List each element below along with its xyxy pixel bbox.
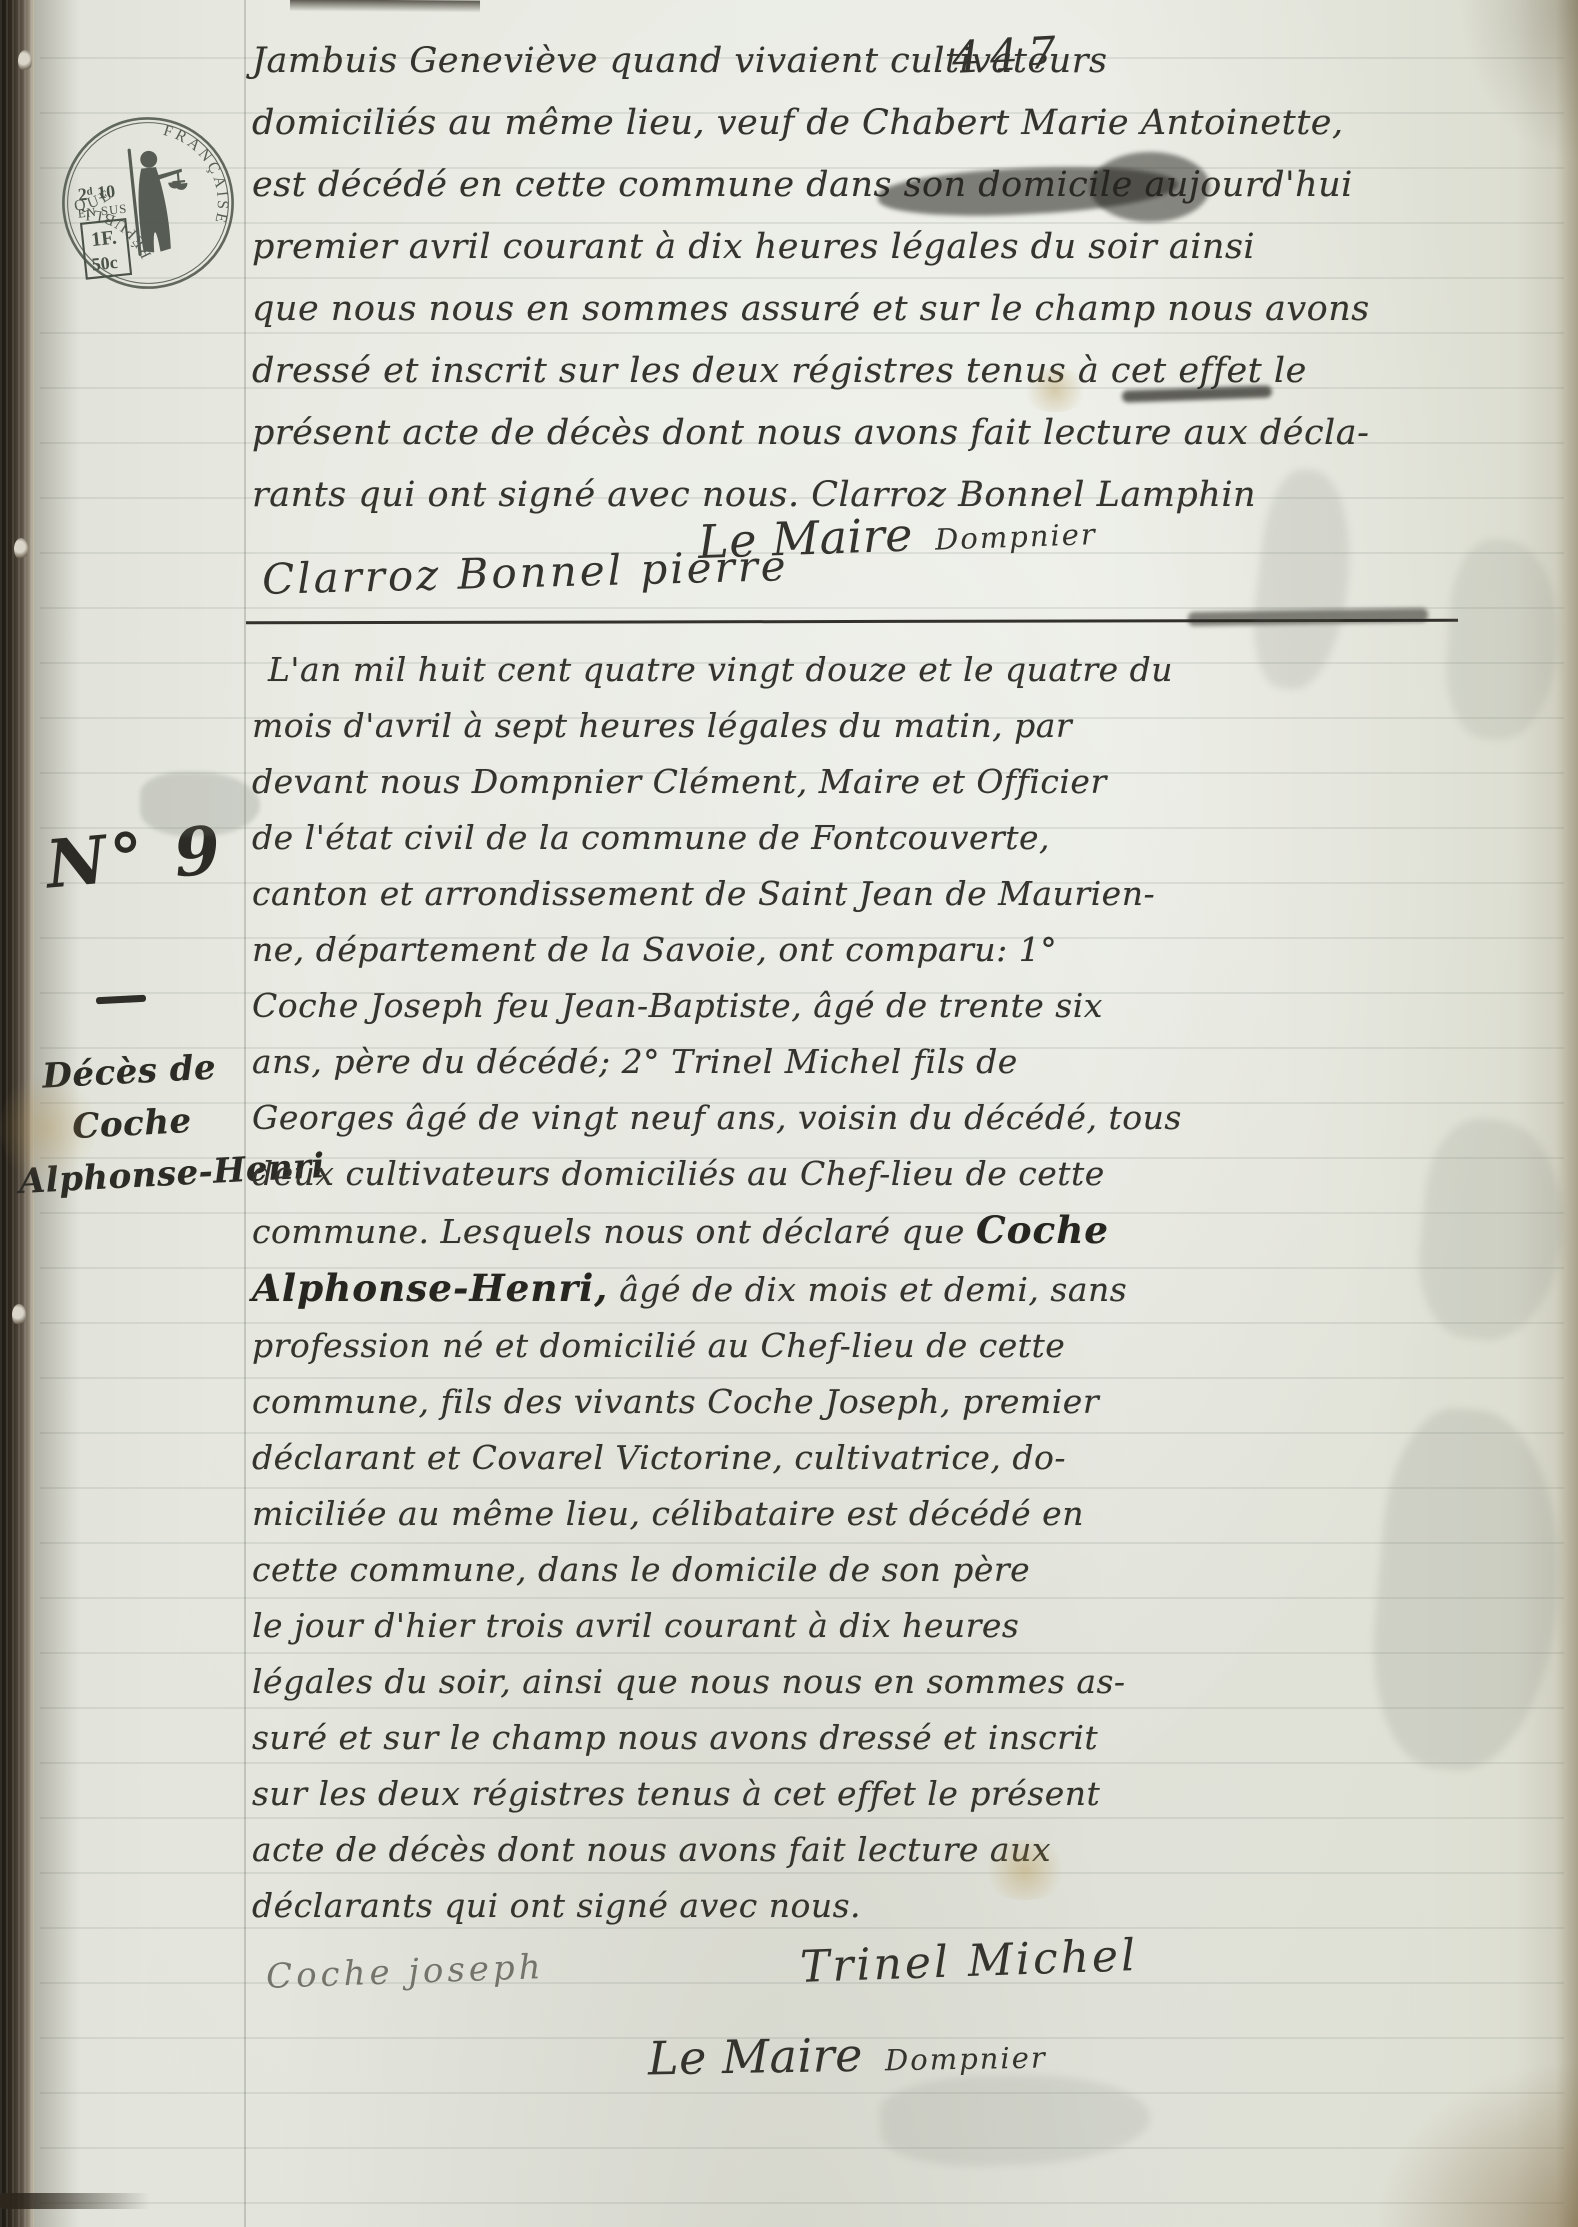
handwritten-text: cette commune, dans le domicile de son p…	[252, 1550, 1030, 1589]
death-act-line: devant nous Dompnier Clément, Maire et O…	[252, 754, 1562, 810]
stamp-value-centimes: 50c	[91, 252, 119, 275]
death-act-line: Alphonse-Henri, âgé de dix mois et demi,…	[252, 1260, 1562, 1318]
page-bottom-edge-mark	[0, 2193, 150, 2209]
previous-act-text: Jambuis Geneviève quand vivaient cultiva…	[252, 30, 1562, 526]
handwritten-text: déclarant et Covarel Victorine, cultivat…	[252, 1438, 1066, 1477]
handwritten-text: rants qui ont signé avec nous. Clarroz B…	[252, 475, 1256, 515]
death-act-line: déclarants qui ont signé avec nous.	[252, 1878, 1562, 1934]
witness-signatures-top: Clarroz Bonnel pierre	[261, 541, 789, 604]
death-act-line: ans, père du décédé; 2° Trinel Michel fi…	[252, 1034, 1562, 1090]
handwritten-text: dressé et inscrit sur les deux régistres…	[252, 351, 1307, 391]
binding-stitch	[14, 538, 28, 560]
death-act-line: profession né et domicilié au Chef-lieu …	[252, 1318, 1562, 1374]
death-act-line: légales du soir, ainsi que nous nous en …	[252, 1654, 1562, 1710]
handwritten-text: le jour d'hier trois avril courant à dix…	[252, 1606, 1019, 1645]
previous-act-line: domiciliés au même lieu, veuf de Chabert…	[252, 92, 1562, 154]
death-act-line: ne, département de la Savoie, ont compar…	[252, 922, 1562, 978]
margin-separator-dash	[96, 995, 146, 1005]
death-act-line: L'an mil huit cent quatre vingt douze et…	[252, 642, 1562, 698]
mayor-name: Dompnier	[934, 517, 1097, 557]
handwritten-text: L'an mil huit cent quatre vingt douze et…	[268, 650, 1173, 689]
stamp-value-francs: 1F.	[90, 227, 118, 252]
handwritten-text: sur les deux régistres tenus à cet effet…	[252, 1774, 1100, 1813]
handwritten-text: que nous nous en sommes assuré et sur le…	[252, 289, 1370, 329]
handwritten-text: de l'état civil de la commune de Fontcou…	[252, 818, 1050, 857]
death-act-line: Georges âgé de vingt neuf ans, voisin du…	[252, 1090, 1562, 1146]
handwritten-text: canton et arrondissement de Saint Jean d…	[252, 874, 1155, 913]
binding-stitch	[12, 1304, 26, 1326]
previous-act-line: Jambuis Geneviève quand vivaient cultiva…	[252, 30, 1562, 92]
handwritten-text: Coche Joseph feu Jean-Baptiste, âgé de t…	[252, 986, 1103, 1025]
handwritten-text: premier avril courant à dix heures légal…	[252, 227, 1255, 267]
justice-figure-icon	[127, 143, 194, 256]
handwritten-text: déclarants qui ont signé avec nous.	[252, 1886, 861, 1925]
handwritten-text: présent acte de décès dont nous avons fa…	[252, 413, 1369, 453]
previous-act-line: premier avril courant à dix heures légal…	[252, 216, 1562, 278]
handwritten-text: âgé de dix mois et demi, sans	[608, 1270, 1127, 1309]
handwritten-text: commune. Lesquels nous ont déclaré que	[252, 1212, 976, 1251]
republique-francaise-stamp: RÉPUBLIQUE FRANÇAISE 2ᵈ 10 EN SUS 1F.	[47, 99, 250, 307]
page-top-edge-mark	[290, 0, 480, 13]
handwritten-text: mois d'avril à sept heures légales du ma…	[252, 706, 1072, 745]
stamp-surcharge-top: 2ᵈ 10	[77, 181, 116, 205]
stamp-seal-graphic: RÉPUBLIQUE FRANÇAISE 2ᵈ 10 EN SUS 1F.	[47, 99, 250, 307]
handwritten-text: légales du soir, ainsi que nous nous en …	[252, 1662, 1126, 1701]
death-act-line: suré et sur le champ nous avons dressé e…	[252, 1710, 1562, 1766]
handwritten-text: ne, département de la Savoie, ont compar…	[252, 930, 1057, 969]
death-act-line: canton et arrondissement de Saint Jean d…	[252, 866, 1562, 922]
handwritten-text: commune, fils des vivants Coche Joseph, …	[252, 1382, 1099, 1421]
ink-blot	[1090, 152, 1210, 222]
page-corner-curl	[1358, 2047, 1578, 2227]
mayor-title: Le Maire	[648, 2028, 864, 2086]
death-act-line: commune. Lesquels nous ont déclaré que C…	[252, 1202, 1562, 1260]
death-act-text: L'an mil huit cent quatre vingt douze et…	[252, 642, 1562, 1934]
previous-act-line: que nous nous en sommes assuré et sur le…	[252, 278, 1562, 340]
handwritten-text: domiciliés au même lieu, veuf de Chabert…	[252, 103, 1344, 143]
handwritten-text: Jambuis Geneviève quand vivaient cultiva…	[252, 41, 1107, 81]
handwritten-text: miciliée au même lieu, célibataire est d…	[252, 1494, 1084, 1533]
death-act-line: Coche Joseph feu Jean-Baptiste, âgé de t…	[252, 978, 1562, 1034]
death-act-line: cette commune, dans le domicile de son p…	[252, 1542, 1562, 1598]
death-act-line: le jour d'hier trois avril courant à dix…	[252, 1598, 1562, 1654]
bleed-through-mark	[879, 2070, 1152, 2169]
register-page-scan: RÉPUBLIQUE FRANÇAISE 2ᵈ 10 EN SUS 1F.	[0, 0, 1578, 2227]
declarant-signature-trinel: Trinel Michel	[799, 1930, 1139, 1993]
death-act-line: commune, fils des vivants Coche Joseph, …	[252, 1374, 1562, 1430]
handwritten-text: ans, père du décédé; 2° Trinel Michel fi…	[252, 1042, 1018, 1081]
paper-stain	[980, 1840, 1070, 1900]
death-act-line: acte de décès dont nous avons fait lectu…	[252, 1822, 1562, 1878]
death-act-line: sur les deux régistres tenus à cet effet…	[252, 1766, 1562, 1822]
paper-stain	[0, 1068, 95, 1188]
declarant-signature-coche: Coche joseph	[265, 1947, 545, 1997]
handwritten-text: Georges âgé de vingt neuf ans, voisin du…	[252, 1098, 1182, 1137]
emphasized-name: Coche	[976, 1208, 1109, 1252]
death-act-line: deux cultivateurs domiciliés au Chef-lie…	[252, 1146, 1562, 1202]
handwritten-text: profession né et domicilié au Chef-lieu …	[252, 1326, 1065, 1365]
handwritten-text: deux cultivateurs domiciliés au Chef-lie…	[252, 1154, 1105, 1193]
previous-act-line: présent acte de décès dont nous avons fa…	[252, 402, 1562, 464]
emphasized-name: Alphonse-Henri,	[252, 1266, 608, 1310]
death-act-line: miciliée au même lieu, célibataire est d…	[252, 1486, 1562, 1542]
handwritten-text: suré et sur le champ nous avons dressé e…	[252, 1718, 1098, 1757]
handwritten-text: acte de décès dont nous avons fait lectu…	[252, 1830, 1051, 1869]
bleed-through-mark	[140, 772, 260, 836]
paper-stain	[1020, 368, 1090, 412]
death-act-line: mois d'avril à sept heures légales du ma…	[252, 698, 1562, 754]
death-act-line: de l'état civil de la commune de Fontcou…	[252, 810, 1562, 866]
death-act-line: déclarant et Covarel Victorine, cultivat…	[252, 1430, 1562, 1486]
previous-act-line: dressé et inscrit sur les deux régistres…	[252, 340, 1562, 402]
mayor-name: Dompnier	[885, 2041, 1047, 2078]
handwritten-text: devant nous Dompnier Clément, Maire et O…	[252, 762, 1107, 801]
binding-stitch	[18, 50, 32, 72]
